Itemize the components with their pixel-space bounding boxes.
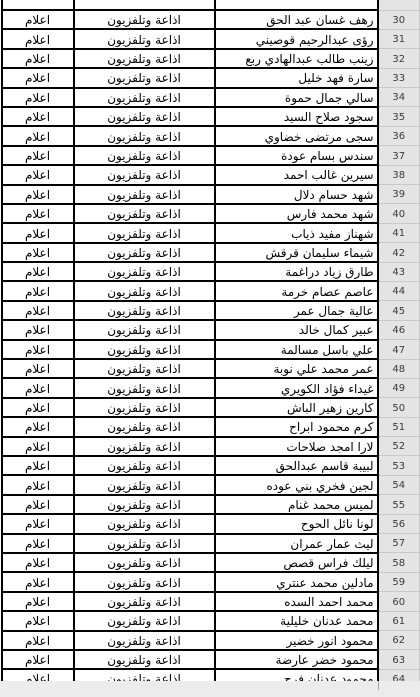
field-cell[interactable]: اعلام <box>2 495 74 514</box>
program-cell[interactable]: اذاعة وتلفزيون <box>74 223 215 242</box>
table-row: 39 شهد حسام دلال اذاعة وتلفزيون اعلام <box>2 185 420 204</box>
program-cell[interactable]: اذاعة وتلفزيون <box>74 243 215 262</box>
field-cell[interactable]: اعلام <box>2 223 74 242</box>
student-name-cell[interactable]: ليلك فراس قصص <box>215 553 378 572</box>
program-cell[interactable]: اذاعة وتلفزيون <box>74 10 215 29</box>
program-cell[interactable]: اذاعة وتلفزيون <box>74 320 215 339</box>
student-name-cell[interactable]: محمود انور خضير <box>215 631 378 650</box>
row-number-cell[interactable]: 55 <box>378 495 420 514</box>
row-number-cell[interactable]: 50 <box>378 398 420 417</box>
program-cell[interactable]: اذاعة وتلفزيون <box>74 650 215 669</box>
table-row: 48 عمر محمد علي نوبة اذاعة وتلفزيون اعلا… <box>2 359 420 378</box>
program-cell[interactable]: اذاعة وتلفزيون <box>74 165 215 184</box>
field-cell[interactable]: اعلام <box>2 49 74 68</box>
student-name-cell[interactable]: سيرين غالب احمد <box>215 165 378 184</box>
row-number-cell[interactable]: 33 <box>378 68 420 87</box>
row-number-cell[interactable]: 54 <box>378 475 420 494</box>
field-cell[interactable]: اعلام <box>2 378 74 397</box>
row-number-cell[interactable]: 42 <box>378 243 420 262</box>
field-cell[interactable]: اعلام <box>2 669 74 681</box>
table-row: 42 شيماء سليمان قرقش اذاعة وتلفزيون اعلا… <box>2 243 420 262</box>
row-number-cell[interactable]: 51 <box>378 417 420 436</box>
program-cell[interactable]: اذاعة وتلفزيون <box>74 669 215 681</box>
student-name-cell[interactable]: لجين فخري بني عوده <box>215 475 378 494</box>
student-name-cell[interactable]: لميس محمد غنام <box>215 495 378 514</box>
program-cell[interactable]: اذاعة وتلفزيون <box>74 88 215 107</box>
row-number-cell[interactable]: 30 <box>378 10 420 29</box>
spreadsheet-sheet: 30 رهف غسان عبد الحق اذاعة وتلفزيون اعلا… <box>0 0 420 697</box>
field-cell[interactable]: اعلام <box>2 650 74 669</box>
row-number-cell[interactable]: 64 <box>378 669 420 681</box>
student-name-cell[interactable]: زينب طالب عبدالهادي ربع <box>215 49 378 68</box>
program-cell[interactable]: اذاعة وتلفزيون <box>74 592 215 611</box>
student-name-cell[interactable]: سالي جمال حموة <box>215 88 378 107</box>
program-cell[interactable]: اذاعة وتلفزيون <box>74 359 215 378</box>
clipped-row-above <box>2 0 420 10</box>
table-row: 30 رهف غسان عبد الحق اذاعة وتلفزيون اعلا… <box>2 10 420 29</box>
program-cell[interactable]: اذاعة وتلفزيون <box>74 631 215 650</box>
table-row: 60 محمد احمد السده اذاعة وتلفزيون اعلام <box>2 592 420 611</box>
program-cell[interactable]: اذاعة وتلفزيون <box>74 68 215 87</box>
table-row: 32 زينب طالب عبدالهادي ربع اذاعة وتلفزيو… <box>2 49 420 68</box>
field-cell[interactable]: اعلام <box>2 592 74 611</box>
field-cell[interactable]: اعلام <box>2 534 74 553</box>
table-row: 59 مادلين محمد عنتري اذاعة وتلفزيون اعلا… <box>2 572 420 591</box>
student-name-cell[interactable]: محمد احمد السده <box>215 592 378 611</box>
table-row: 57 ليث عمار عمران اذاعة وتلفزيون اعلام <box>2 534 420 553</box>
program-cell[interactable]: اذاعة وتلفزيون <box>74 475 215 494</box>
table-row: 47 علي باسل مسالمة اذاعة وتلفزيون اعلام <box>2 340 420 359</box>
program-cell[interactable]: اذاعة وتلفزيون <box>74 204 215 223</box>
program-cell[interactable]: اذاعة وتلفزيون <box>74 495 215 514</box>
row-number-cell[interactable]: 56 <box>378 514 420 533</box>
field-cell[interactable]: اعلام <box>2 456 74 475</box>
field-cell[interactable]: اعلام <box>2 631 74 650</box>
program-cell[interactable]: اذاعة وتلفزيون <box>74 553 215 572</box>
row-number-cell[interactable]: 43 <box>378 262 420 281</box>
field-cell[interactable]: اعلام <box>2 437 74 456</box>
student-name-cell[interactable]: شهد حسام دلال <box>215 185 378 204</box>
row-number-cell[interactable]: 62 <box>378 631 420 650</box>
program-cell[interactable]: اذاعة وتلفزيون <box>74 301 215 320</box>
row-number-cell[interactable]: 44 <box>378 281 420 300</box>
field-cell[interactable]: اعلام <box>2 320 74 339</box>
field-cell[interactable]: اعلام <box>2 68 74 87</box>
row-number-cell[interactable]: 45 <box>378 301 420 320</box>
field-cell[interactable]: اعلام <box>2 514 74 533</box>
row-number-cell[interactable]: 58 <box>378 553 420 572</box>
table-row: 44 عاصم عصام خرمة اذاعة وتلفزيون اعلام <box>2 281 420 300</box>
field-cell[interactable]: اعلام <box>2 398 74 417</box>
field-cell[interactable]: اعلام <box>2 417 74 436</box>
table-row: 58 ليلك فراس قصص اذاعة وتلفزيون اعلام <box>2 553 420 572</box>
student-name-cell[interactable]: سندس بسام عودة <box>215 146 378 165</box>
table-row: 63 محمود خضر عارضة اذاعة وتلفزيون اعلام <box>2 650 420 669</box>
table-row: 34 سالي جمال حموة اذاعة وتلفزيون اعلام <box>2 88 420 107</box>
table-row: 37 سندس بسام عودة اذاعة وتلفزيون اعلام <box>2 146 420 165</box>
student-name-cell[interactable]: عاصم عصام خرمة <box>215 281 378 300</box>
program-cell[interactable]: اذاعة وتلفزيون <box>74 398 215 417</box>
student-name-cell[interactable]: عمر محمد علي نوبة <box>215 359 378 378</box>
program-cell[interactable]: اذاعة وتلفزيون <box>74 417 215 436</box>
program-cell[interactable]: اذاعة وتلفزيون <box>74 49 215 68</box>
table-row: 55 لميس محمد غنام اذاعة وتلفزيون اعلام <box>2 495 420 514</box>
field-cell[interactable]: اعلام <box>2 165 74 184</box>
table-body: 30 رهف غسان عبد الحق اذاعة وتلفزيون اعلا… <box>2 0 420 681</box>
table-row: 35 سجود صلاح السيد اذاعة وتلفزيون اعلام <box>2 107 420 126</box>
table-row: 49 غيداء فؤاد الكويري اذاعة وتلفزيون اعل… <box>2 378 420 397</box>
table-row: 43 طارق زياد دراغمة اذاعة وتلفزيون اعلام <box>2 262 420 281</box>
table-row: 36 سجى مرتضى خضاوي اذاعة وتلفزيون اعلام <box>2 126 420 145</box>
row-number-cell[interactable]: 47 <box>378 340 420 359</box>
field-cell[interactable]: اعلام <box>2 107 74 126</box>
student-name-cell[interactable]: رؤى عبدالرحيم قوصيني <box>215 29 378 48</box>
field-cell-partial <box>2 0 74 10</box>
table-row: 50 كارين زهير الباش اذاعة وتلفزيون اعلام <box>2 398 420 417</box>
table-row: 33 سارة فهد خليل اذاعة وتلفزيون اعلام <box>2 68 420 87</box>
row-number-cell[interactable]: 37 <box>378 146 420 165</box>
student-name-cell[interactable]: عبير كمال خالد <box>215 320 378 339</box>
row-number-cell[interactable]: 41 <box>378 223 420 242</box>
student-name-cell[interactable]: عالية جمال عمر <box>215 301 378 320</box>
row-number-cell[interactable]: 34 <box>378 88 420 107</box>
row-header-edge-line <box>378 681 379 690</box>
table-row: 64 محمود عدنان فرج اذاعة وتلفزيون اعلام <box>2 669 420 681</box>
student-name-cell[interactable]: غيداء فؤاد الكويري <box>215 378 378 397</box>
row-number-cell[interactable]: 38 <box>378 165 420 184</box>
student-name-cell[interactable]: محمود خضر عارضة <box>215 650 378 669</box>
student-name-cell[interactable]: كارين زهير الباش <box>215 398 378 417</box>
program-cell[interactable]: اذاعة وتلفزيون <box>74 572 215 591</box>
row-number-cell[interactable]: 63 <box>378 650 420 669</box>
table-row: 51 كرم محمود ابراح اذاعة وتلفزيون اعلام <box>2 417 420 436</box>
row-number-cell[interactable]: 35 <box>378 107 420 126</box>
table-row: 54 لجين فخري بني عوده اذاعة وتلفزيون اعل… <box>2 475 420 494</box>
student-name-cell[interactable]: شهد محمد فارس <box>215 204 378 223</box>
table-row: 40 شهد محمد فارس اذاعة وتلفزيون اعلام <box>2 204 420 223</box>
student-name-cell[interactable]: سجود صلاح السيد <box>215 107 378 126</box>
table-row: 41 شهناز مفيد ذياب اذاعة وتلفزيون اعلام <box>2 223 420 242</box>
table-row: 46 عبير كمال خالد اذاعة وتلفزيون اعلام <box>2 320 420 339</box>
table-row: 31 رؤى عبدالرحيم قوصيني اذاعة وتلفزيون ا… <box>2 29 420 48</box>
student-name-cell[interactable]: لارا امجد صلاحات <box>215 437 378 456</box>
table-row: 45 عالية جمال عمر اذاعة وتلفزيون اعلام <box>2 301 420 320</box>
student-name-cell[interactable]: شيماء سليمان قرقش <box>215 243 378 262</box>
row-number-cell[interactable]: 46 <box>378 320 420 339</box>
table-row: 52 لارا امجد صلاحات اذاعة وتلفزيون اعلام <box>2 437 420 456</box>
program-cell[interactable]: اذاعة وتلفزيون <box>74 456 215 475</box>
field-cell[interactable]: اعلام <box>2 185 74 204</box>
row-number-cell[interactable]: 49 <box>378 378 420 397</box>
field-cell[interactable]: اعلام <box>2 553 74 572</box>
program-cell[interactable]: اذاعة وتلفزيون <box>74 262 215 281</box>
field-cell[interactable]: اعلام <box>2 88 74 107</box>
student-name-cell-partial <box>215 0 378 10</box>
student-name-cell[interactable]: محمود عدنان فرج <box>215 669 378 681</box>
field-cell[interactable]: اعلام <box>2 611 74 630</box>
program-cell[interactable]: اذاعة وتلفزيون <box>74 126 215 145</box>
row-number-cell[interactable]: 59 <box>378 572 420 591</box>
grid-viewport: 30 رهف غسان عبد الحق اذاعة وتلفزيون اعلا… <box>0 0 420 681</box>
field-cell[interactable]: اعلام <box>2 281 74 300</box>
row-number-cell[interactable]: 31 <box>378 29 420 48</box>
field-cell[interactable]: اعلام <box>2 126 74 145</box>
row-number-cell[interactable]: 40 <box>378 204 420 223</box>
field-cell[interactable]: اعلام <box>2 359 74 378</box>
field-cell[interactable]: اعلام <box>2 243 74 262</box>
table-row: 56 لونا نائل الحوح اذاعة وتلفزيون اعلام <box>2 514 420 533</box>
table-row: 38 سيرين غالب احمد اذاعة وتلفزيون اعلام <box>2 165 420 184</box>
student-name-cell[interactable]: لبيبة قاسم عبدالحق <box>215 456 378 475</box>
row-number-cell[interactable]: 57 <box>378 534 420 553</box>
student-name-cell[interactable]: ليث عمار عمران <box>215 534 378 553</box>
program-cell[interactable]: اذاعة وتلفزيون <box>74 611 215 630</box>
row-number-cell[interactable]: 32 <box>378 49 420 68</box>
student-name-cell[interactable]: لونا نائل الحوح <box>215 514 378 533</box>
program-cell[interactable]: اذاعة وتلفزيون <box>74 29 215 48</box>
field-cell[interactable]: اعلام <box>2 204 74 223</box>
student-name-cell[interactable]: مادلين محمد عنتري <box>215 572 378 591</box>
bottom-gray-strip <box>0 681 420 697</box>
program-cell[interactable]: اذاعة وتلفزيون <box>74 514 215 533</box>
field-cell[interactable]: اعلام <box>2 10 74 29</box>
table-row: 61 محمد عدنان خليلية اذاعة وتلفزيون اعلا… <box>2 611 420 630</box>
student-name-cell[interactable]: رهف غسان عبد الحق <box>215 10 378 29</box>
program-cell[interactable]: اذاعة وتلفزيون <box>74 107 215 126</box>
student-name-cell[interactable]: سجى مرتضى خضاوي <box>215 126 378 145</box>
field-cell[interactable]: اعلام <box>2 29 74 48</box>
program-cell-partial <box>74 0 215 10</box>
student-name-cell[interactable]: شهناز مفيد ذياب <box>215 223 378 242</box>
student-name-cell[interactable]: طارق زياد دراغمة <box>215 262 378 281</box>
field-cell[interactable]: اعلام <box>2 572 74 591</box>
table-row: 53 لبيبة قاسم عبدالحق اذاعة وتلفزيون اعل… <box>2 456 420 475</box>
row-number-cell[interactable]: 60 <box>378 592 420 611</box>
student-name-cell[interactable]: علي باسل مسالمة <box>215 340 378 359</box>
table-row: 62 محمود انور خضير اذاعة وتلفزيون اعلام <box>2 631 420 650</box>
row-number-cell[interactable]: 39 <box>378 185 420 204</box>
student-name-cell[interactable]: محمد عدنان خليلية <box>215 611 378 630</box>
program-cell[interactable]: اذاعة وتلفزيون <box>74 534 215 553</box>
program-cell[interactable]: اذاعة وتلفزيون <box>74 378 215 397</box>
field-cell[interactable]: اعلام <box>2 475 74 494</box>
row-number-cell[interactable]: 48 <box>378 359 420 378</box>
students-table: 30 رهف غسان عبد الحق اذاعة وتلفزيون اعلا… <box>1 0 420 681</box>
field-cell[interactable]: اعلام <box>2 340 74 359</box>
program-cell[interactable]: اذاعة وتلفزيون <box>74 146 215 165</box>
row-number-cell[interactable]: 52 <box>378 437 420 456</box>
row-number-cell[interactable]: 61 <box>378 611 420 630</box>
program-cell[interactable]: اذاعة وتلفزيون <box>74 340 215 359</box>
row-number-cell-partial <box>378 0 420 10</box>
row-number-cell[interactable]: 36 <box>378 126 420 145</box>
field-cell[interactable]: اعلام <box>2 301 74 320</box>
program-cell[interactable]: اذاعة وتلفزيون <box>74 185 215 204</box>
field-cell[interactable]: اعلام <box>2 146 74 165</box>
program-cell[interactable]: اذاعة وتلفزيون <box>74 281 215 300</box>
row-number-cell[interactable]: 53 <box>378 456 420 475</box>
student-name-cell[interactable]: كرم محمود ابراح <box>215 417 378 436</box>
field-cell[interactable]: اعلام <box>2 262 74 281</box>
program-cell[interactable]: اذاعة وتلفزيون <box>74 437 215 456</box>
student-name-cell[interactable]: سارة فهد خليل <box>215 68 378 87</box>
